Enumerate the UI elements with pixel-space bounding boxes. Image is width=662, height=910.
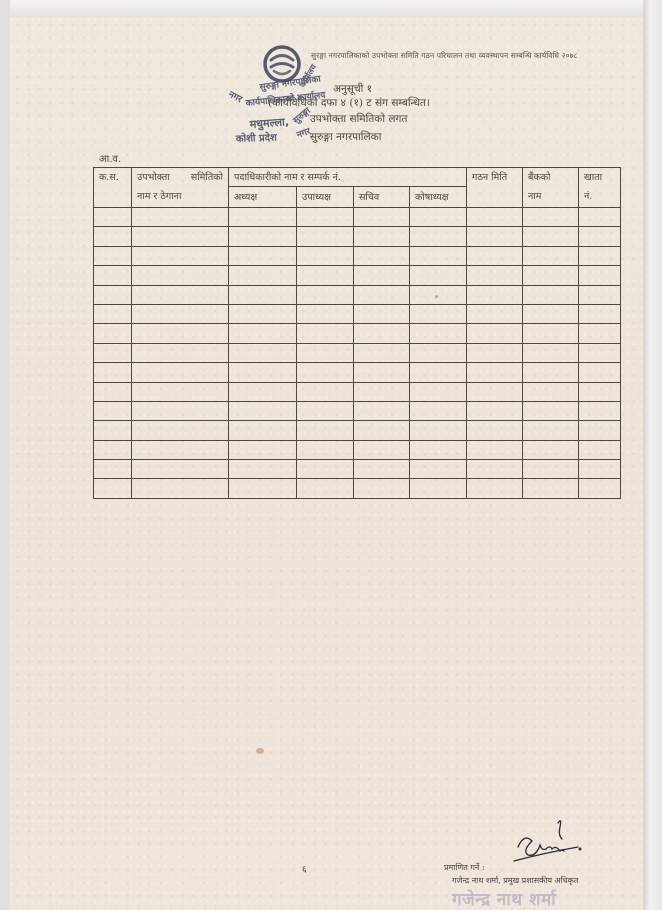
certifying-officer: गजेन्द्र नाथ शर्मा, प्रमुख प्रशासकीय अधि… (452, 875, 578, 886)
table-cell (579, 246, 621, 265)
table-cell (297, 246, 354, 265)
table-cell (579, 227, 621, 246)
table-cell (354, 227, 410, 246)
table-row (94, 382, 621, 401)
table-cell (229, 324, 297, 343)
table-cell (94, 401, 132, 420)
signature-mark (510, 815, 590, 865)
table-cell (467, 401, 523, 420)
table-cell (132, 363, 229, 382)
paper-stain (256, 748, 264, 754)
table-cell (410, 460, 467, 479)
table-cell (579, 382, 621, 401)
table-cell (410, 382, 467, 401)
table-cell (523, 324, 579, 343)
table-cell (579, 208, 621, 227)
table-cell (354, 363, 410, 382)
table-cell (354, 382, 410, 401)
document-header-line: सुरङ्गा नगरपालिकाको उपभोक्ता समिति गठन प… (311, 51, 578, 61)
table-cell (523, 246, 579, 265)
table-row (94, 208, 621, 227)
table-cell (467, 440, 523, 459)
table-cell (410, 304, 467, 323)
table-cell (354, 421, 410, 440)
table-cell (467, 382, 523, 401)
table-header-row-1: क.स. उपभोक्तासमितिको नाम र ठेगाना पदाधिक… (94, 168, 621, 187)
table-cell (523, 440, 579, 459)
table-cell (229, 304, 297, 323)
table-cell (94, 208, 132, 227)
table-cell (523, 343, 579, 362)
table-cell (94, 460, 132, 479)
table-cell (579, 421, 621, 440)
table-cell (467, 285, 523, 304)
table-cell (579, 285, 621, 304)
table-cell (579, 343, 621, 362)
table-cell (229, 460, 297, 479)
table-row (94, 440, 621, 459)
table-cell (523, 421, 579, 440)
table-cell (297, 479, 354, 498)
table-cell (229, 479, 297, 498)
table-cell (132, 460, 229, 479)
table-cell (523, 460, 579, 479)
table-cell (229, 343, 297, 362)
table-cell (467, 246, 523, 265)
table-cell (94, 246, 132, 265)
officer-name-stamp: गजेन्द्र नाथ शर्मा (452, 887, 556, 910)
header-vice-chair: उपाध्यक्ष (297, 187, 354, 208)
table-body (94, 208, 621, 499)
table-cell (297, 440, 354, 459)
table-cell (523, 208, 579, 227)
annex-label: अनुसूची १ (333, 82, 372, 96)
table-cell (132, 421, 229, 440)
table-cell (297, 343, 354, 362)
table-cell (94, 266, 132, 285)
table-cell (523, 227, 579, 246)
table-cell (132, 246, 229, 265)
table-cell (523, 479, 579, 498)
table-cell (132, 440, 229, 459)
table-cell (467, 460, 523, 479)
table-cell (410, 479, 467, 498)
table-cell (94, 227, 132, 246)
table-cell (132, 304, 229, 323)
table-cell (467, 227, 523, 246)
table-cell (354, 208, 410, 227)
table-cell (132, 479, 229, 498)
table-cell (94, 304, 132, 323)
procedure-reference: (कार्यविधिको दफा ४ (१) ट संग सम्बन्धित। (268, 96, 430, 110)
table-cell (297, 266, 354, 285)
table-cell (467, 266, 523, 285)
table-cell (297, 227, 354, 246)
table-cell (467, 324, 523, 343)
table-cell (297, 421, 354, 440)
table-cell (410, 440, 467, 459)
table-cell (410, 285, 467, 304)
table-cell (132, 285, 229, 304)
table-cell (467, 208, 523, 227)
table-cell (410, 266, 467, 285)
table-cell (410, 208, 467, 227)
table-cell (229, 440, 297, 459)
table-row (94, 343, 621, 362)
table-row (94, 246, 621, 265)
table-cell (297, 208, 354, 227)
table-cell (132, 343, 229, 362)
table-cell (94, 382, 132, 401)
table-row (94, 479, 621, 498)
table-cell (523, 401, 579, 420)
header-treasurer: कोषाध्यक्ष (410, 187, 467, 208)
committee-register-table: क.स. उपभोक्तासमितिको नाम र ठेगाना पदाधिक… (93, 167, 621, 499)
table-cell (579, 479, 621, 498)
table-row (94, 460, 621, 479)
header-secretary: सचिव (354, 187, 410, 208)
table-cell (132, 382, 229, 401)
table-cell (94, 343, 132, 362)
table-cell (579, 460, 621, 479)
table-cell (410, 401, 467, 420)
table-row (94, 285, 621, 304)
table-cell (229, 382, 297, 401)
table-cell (94, 285, 132, 304)
table-row (94, 421, 621, 440)
table-cell (410, 324, 467, 343)
table-row (94, 227, 621, 246)
table-cell (132, 227, 229, 246)
table-row (94, 304, 621, 323)
table-cell (579, 401, 621, 420)
table-cell (523, 363, 579, 382)
municipality-name: सुरुङ्गा नगरपालिका (310, 130, 381, 144)
table-cell (523, 266, 579, 285)
table-cell (354, 266, 410, 285)
table-cell (229, 246, 297, 265)
table-cell (467, 343, 523, 362)
table-cell (579, 266, 621, 285)
table-cell (229, 421, 297, 440)
table-cell (297, 460, 354, 479)
table-cell (94, 440, 132, 459)
scanner-background-left (0, 0, 10, 910)
table-cell (467, 421, 523, 440)
table-cell (132, 324, 229, 343)
table-cell (579, 363, 621, 382)
table-cell (410, 246, 467, 265)
table-cell (94, 479, 132, 498)
table-cell (229, 363, 297, 382)
table-cell (523, 304, 579, 323)
table-cell (297, 324, 354, 343)
table-row (94, 266, 621, 285)
table-cell (354, 304, 410, 323)
header-committee-name-address: उपभोक्तासमितिको नाम र ठेगाना (132, 168, 229, 208)
table-cell (297, 363, 354, 382)
table-cell (410, 421, 467, 440)
header-account-number: खातानं. (579, 168, 621, 208)
table-cell (354, 324, 410, 343)
table-cell (354, 401, 410, 420)
table-cell (229, 208, 297, 227)
table-cell (297, 382, 354, 401)
form-title: उपभोक्ता समितिको लगत (310, 112, 407, 126)
table-cell (354, 440, 410, 459)
header-bank-name: बैंककोनाम (523, 168, 579, 208)
table-row (94, 363, 621, 382)
header-serial: क.स. (94, 168, 132, 208)
table-cell (229, 285, 297, 304)
table-cell (229, 227, 297, 246)
scanner-background-top (0, 0, 662, 17)
table-cell (579, 304, 621, 323)
table-cell (94, 363, 132, 382)
table-cell (94, 324, 132, 343)
table-cell (523, 382, 579, 401)
header-chair: अध्यक्ष (229, 187, 297, 208)
table-cell (467, 479, 523, 498)
certified-by-label: प्रमाणित गर्ने : (444, 862, 485, 873)
table-cell (229, 266, 297, 285)
table-cell (467, 304, 523, 323)
table-cell (354, 246, 410, 265)
table-cell (579, 440, 621, 459)
table-row (94, 401, 621, 420)
table-cell (410, 363, 467, 382)
table-cell (410, 227, 467, 246)
header-formation-date: गठन मिति (467, 168, 523, 208)
table-row (94, 324, 621, 343)
table-cell (94, 421, 132, 440)
table-cell (297, 285, 354, 304)
table-cell (132, 266, 229, 285)
scanner-background-right (643, 0, 662, 910)
table-cell (467, 363, 523, 382)
table-cell (132, 208, 229, 227)
table-cell (354, 285, 410, 304)
table-cell (297, 304, 354, 323)
table-cell (229, 401, 297, 420)
page-number: ६ (302, 862, 307, 875)
table-cell (354, 479, 410, 498)
table-cell (523, 285, 579, 304)
table-cell (354, 460, 410, 479)
table-cell (410, 343, 467, 362)
table-cell (297, 401, 354, 420)
table-cell (579, 324, 621, 343)
fiscal-year-label: आ.व. (99, 151, 121, 165)
table-cell (354, 343, 410, 362)
header-officials-group: पदाधिकारीको नाम र सम्पर्क नं. (229, 168, 467, 187)
table-cell (132, 401, 229, 420)
